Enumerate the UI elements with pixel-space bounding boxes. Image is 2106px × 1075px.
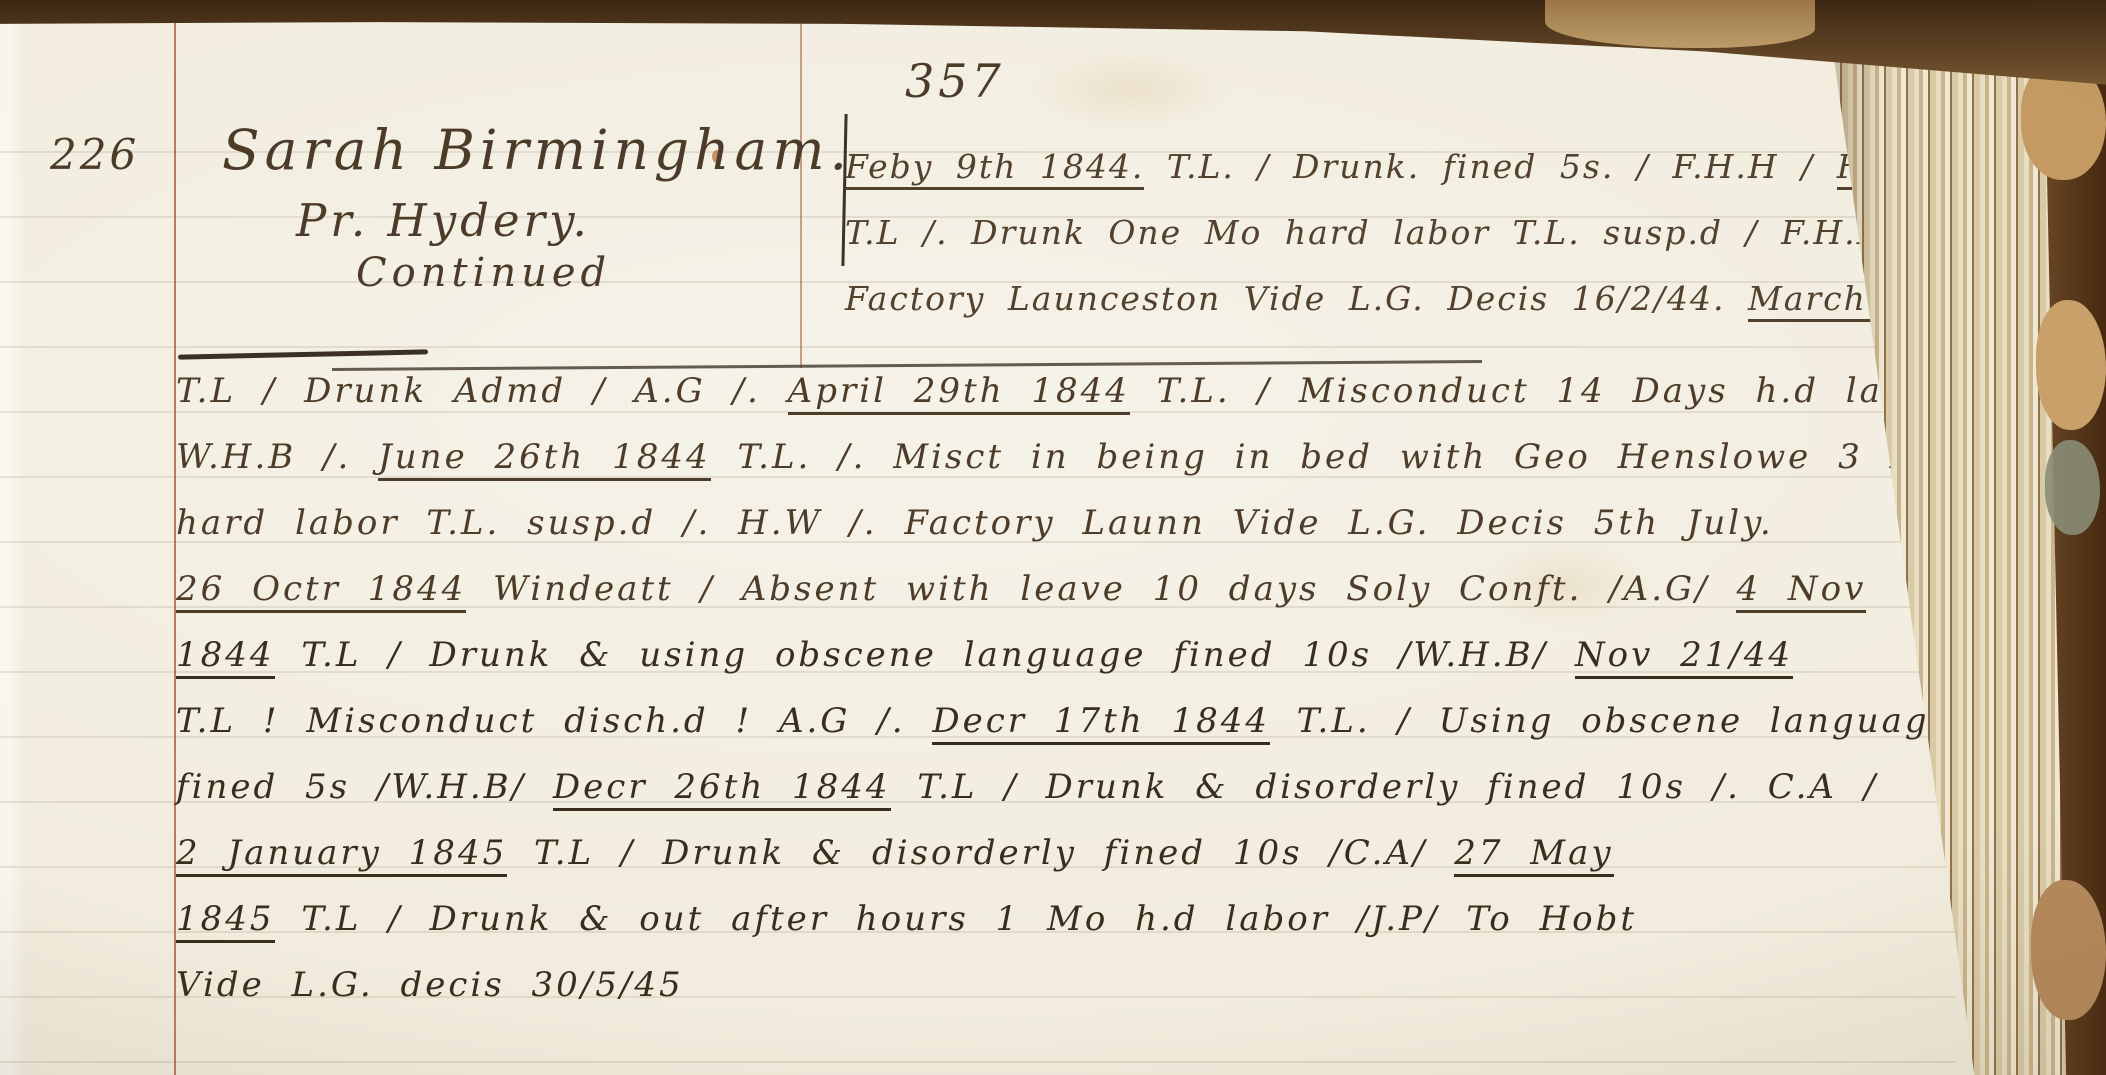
record-text: fined 5s /W.H.B/ — [176, 767, 553, 807]
handwritten-line: Vide L.G. decis 30/5/45 — [176, 952, 1976, 1018]
entry-number: 226 — [50, 130, 139, 179]
record-text: hard labor T.L. susp.d /. H.W /. Factory… — [176, 503, 1774, 543]
handwritten-line: T.L ! Misconduct disch.d ! A.G /. Decr 1… — [176, 688, 1976, 754]
underlined-date: 1844 — [176, 635, 275, 679]
underlined-date: June 26th 1844 — [378, 437, 711, 481]
record-text: Vide L.G. decis 30/5/45 — [176, 965, 684, 1005]
handwritten-line: 1844 T.L / Drunk & using obscene languag… — [176, 622, 1976, 688]
record-text: T.L. /. Misct in being in bed with Geo H… — [711, 437, 1988, 477]
torn-page-edge — [2036, 300, 2106, 430]
torn-page-edge — [2031, 880, 2106, 1020]
column-rule — [800, 0, 802, 368]
handwritten-line: fined 5s /W.H.B/ Decr 26th 1844 T.L / Dr… — [176, 754, 1976, 820]
record-text: T.L. / Misconduct 14 Days h.d labor — [1130, 371, 1950, 411]
underlined-date: 4 Nov — [1736, 569, 1866, 613]
record-text: T.L / Drunk & out after hours 1 Mo h.d l… — [275, 899, 1638, 939]
underlined-date: April 29th 1844 — [788, 371, 1130, 415]
handwritten-line: 2 January 1845 T.L / Drunk & disorderly … — [176, 820, 1976, 886]
handwritten-line: W.H.B /. June 26th 1844 T.L. /. Misct in… — [176, 424, 1976, 490]
handwritten-line: T.L / Drunk Admd / A.G /. April 29th 184… — [176, 358, 1976, 424]
record-text: T.L ! Misconduct disch.d ! A.G /. — [176, 701, 932, 741]
record-text: Windeatt / Absent with leave 10 days Sol… — [466, 569, 1736, 609]
underlined-date: Nov 21/44 — [1575, 635, 1793, 679]
underlined-date: Decr 26th 1844 — [553, 767, 891, 811]
page-number: 357 — [905, 54, 1005, 108]
handwritten-line: 26 Octr 1844 Windeatt / Absent with leav… — [176, 556, 1976, 622]
record-text: T.L / Drunk & disorderly fined 10s /. C.… — [891, 767, 1879, 807]
handwritten-line: T.L /. Drunk One Mo hard labor T.L. susp… — [845, 200, 1975, 266]
underlined-date: 26 Octr 1844 — [176, 569, 466, 613]
continuation-label: Continued — [356, 250, 611, 296]
underlined-date: Decr 17th 1844 — [932, 701, 1270, 745]
handwritten-line: hard labor T.L. susp.d /. H.W /. Factory… — [176, 490, 1976, 556]
record-text: T.L / Drunk Admd / A.G /. — [176, 371, 788, 411]
record-text: Factory Launceston Vide L.G. Decis 16/2/… — [845, 279, 1748, 318]
underlined-date: 1845 — [176, 899, 275, 943]
paper-stain — [1030, 50, 1230, 130]
ledger-photo: 357 226 Sarah Birmingham. Pr. Hydery. Co… — [0, 0, 2106, 1075]
ship-name: Pr. Hydery. — [296, 194, 591, 247]
record-text: W.H.B /. — [176, 437, 378, 477]
torn-page-edge — [2045, 440, 2100, 535]
underlined-date: 27 May — [1454, 833, 1613, 877]
handwritten-line: Feby 9th 1844. T.L. / Drunk. fined 5s. /… — [845, 134, 1975, 200]
record-text: T.L. / Drunk. fined 5s. / F.H.H / — [1144, 147, 1836, 186]
record-text: T.L / Drunk & disorderly fined 10s /C.A/ — [507, 833, 1454, 873]
handwritten-line: 1845 T.L / Drunk & out after hours 1 Mo … — [176, 886, 1976, 952]
record-text: T.L / Drunk & using obscene language fin… — [275, 635, 1575, 675]
record-column: Feby 9th 1844. T.L. / Drunk. fined 5s. /… — [845, 134, 1975, 332]
conduct-record-body: T.L / Drunk Admd / A.G /. April 29th 184… — [176, 358, 1976, 1018]
prisoner-name: Sarah Birmingham. — [222, 118, 852, 182]
handwritten-line: Factory Launceston Vide L.G. Decis 16/2/… — [845, 266, 1975, 332]
record-text: T.L. / Using obscene language — [1270, 701, 1953, 741]
underlined-date: Feby 9th 1844. — [845, 147, 1144, 190]
underlined-date: 2 January 1845 — [176, 833, 507, 877]
